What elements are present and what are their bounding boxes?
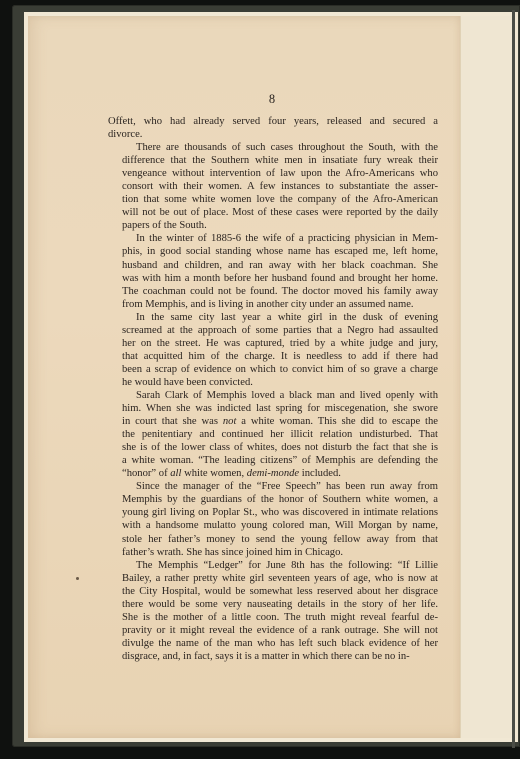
text-line: Since the manager of the “Free Speech” h… <box>108 480 438 493</box>
text-line: divulge the name of the man who has left… <box>108 637 438 650</box>
text-line: disgrace, and, in fact, says it is a mat… <box>108 650 438 663</box>
text-line: “honor” of all white women, demi-monde i… <box>108 467 438 480</box>
binding-edge <box>512 10 515 748</box>
text-line: was with him a month before her husband … <box>108 272 438 285</box>
text-line: Sarah Clark of Memphis loved a black man… <box>108 389 438 402</box>
text-line: Offett, who had already served four year… <box>108 115 438 128</box>
text-line: difference that the Southern white men i… <box>108 154 438 167</box>
text-line: will not be out of place. Most of these … <box>108 206 438 219</box>
paragraph: Offett, who had already served four year… <box>108 115 438 141</box>
text-line: him. When she was indicted last spring f… <box>108 402 438 415</box>
text-line: that acquitted him of the charge. It is … <box>108 350 438 363</box>
paragraph: In the same city last year a white girl … <box>108 311 438 389</box>
text-line: been a scrap of evidence on which to con… <box>108 363 438 376</box>
text-line: In the same city last year a white girl … <box>108 311 438 324</box>
paragraph: There are thousands of such cases throug… <box>108 141 438 232</box>
text-line: vengeance without intervention of law up… <box>108 167 438 180</box>
text-line: screamed at the approach of some parties… <box>108 324 438 337</box>
text-line: divorce. <box>108 128 438 141</box>
facing-endpaper <box>460 16 513 738</box>
text-line: the penitentiary and continued her illic… <box>108 428 438 441</box>
text-line: father’s wrath. She has since joined him… <box>108 546 438 559</box>
text-line: Bailey, a rather pretty white girl seven… <box>108 572 438 585</box>
text-line: consort with their women. A few instance… <box>108 180 438 193</box>
text-line: phis, in good social standing whose name… <box>108 245 438 258</box>
text-line: She is the mother of a little coon. The … <box>108 611 438 624</box>
paragraph: Sarah Clark of Memphis loved a black man… <box>108 389 438 480</box>
text-line: In the winter of 1885-6 the wife of a pr… <box>108 232 438 245</box>
text-line: papers of the South. <box>108 219 438 232</box>
page-number: 8 <box>0 92 520 107</box>
text-line: the City Hospital, would be somewhat les… <box>108 585 438 598</box>
text-line: there would be some very nauseating deta… <box>108 598 438 611</box>
text-line: young girl living on Poplar St., who was… <box>108 506 438 519</box>
text-line: stole her father’s money to send the you… <box>108 533 438 546</box>
text-line: with a handsome mulatto young colored ma… <box>108 519 438 532</box>
text-line: she is of the lower class of whites, doe… <box>108 441 438 454</box>
margin-speck <box>76 577 79 580</box>
paragraph: Since the manager of the “Free Speech” h… <box>108 480 438 558</box>
text-line: her on the street. He was captured, trie… <box>108 337 438 350</box>
text-line: There are thousands of such cases throug… <box>108 141 438 154</box>
text-line: in court that she was not a white woman.… <box>108 415 438 428</box>
text-line: a white woman. “The leading citizens” of… <box>108 454 438 467</box>
text-line: Memphis by the guardians of the honor of… <box>108 493 438 506</box>
paragraph: In the winter of 1885-6 the wife of a pr… <box>108 232 438 310</box>
paragraph: The Memphis “Ledger” for June 8th has th… <box>108 559 438 663</box>
text-line: The coachman could not be found. The doc… <box>108 285 438 298</box>
text-line: from Memphis, and is living in another c… <box>108 298 438 311</box>
text-line: tion that some white women love the comp… <box>108 193 438 206</box>
text-line: pravity or it might reveal the evidence … <box>108 624 438 637</box>
text-line: The Memphis “Ledger” for June 8th has th… <box>108 559 438 572</box>
text-line: husband and children, and ran away with … <box>108 259 438 272</box>
body-text: Offett, who had already served four year… <box>108 115 438 663</box>
text-line: he would have been convicted. <box>108 376 438 389</box>
